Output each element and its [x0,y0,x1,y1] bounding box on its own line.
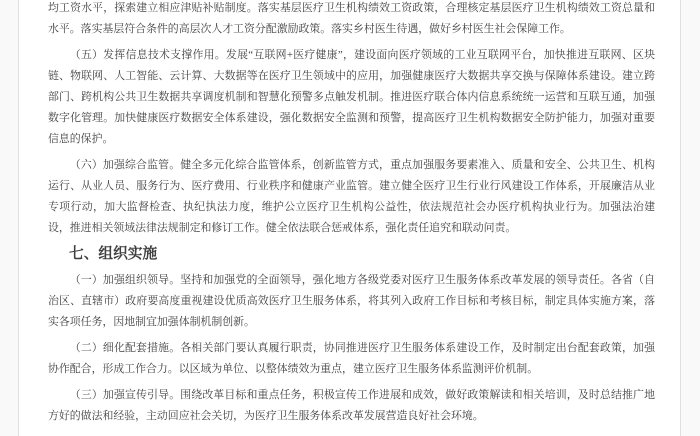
paragraph-item-6: （六）加强综合监管。健全多元化综合监管体系，创新监管方式，重点加强服务要素准入、… [48,155,655,239]
page-background: 均工资水平，探索建立相应津贴补贴制度。落实基层医疗卫生机构绩效工资政策，合理核定… [0,0,700,436]
document-panel: 均工资水平，探索建立相应津贴补贴制度。落实基层医疗卫生机构绩效工资政策，合理核定… [18,0,681,436]
paragraph-continued: 均工资水平，探索建立相应津贴补贴制度。落实基层医疗卫生机构绩效工资政策，合理核定… [48,0,655,40]
paragraph-item-3: （三）加强宣传引导。围绕改革目标和重点任务，积极宣传工作进展和成效，做好政策解读… [48,385,655,427]
paragraph-item-2: （二）细化配套措施。各相关部门要认真履行职责，协同推进医疗卫生服务体系建设工作，… [48,338,655,380]
paragraph-item-1: （一）加强组织领导。坚持和加强党的全面领导，强化地方各级党委对医疗卫生服务体系改… [48,270,655,333]
section-heading: 七、组织实施 [48,244,655,265]
paragraph-item-5: （五）发挥信息技术支撑作用。发展“互联网+医疗健康”，建设面向医疗领域的工业互联… [48,45,655,150]
